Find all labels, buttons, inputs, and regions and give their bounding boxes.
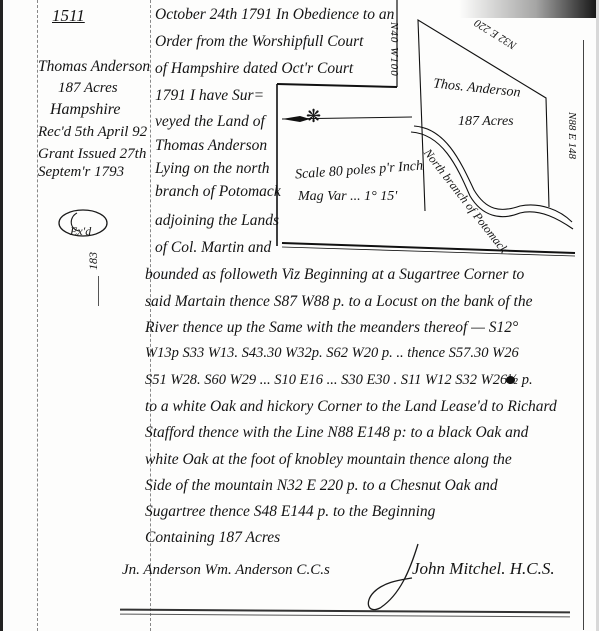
- margin-grant-issued-date: Septem'r 1793: [38, 164, 124, 181]
- plat-variation-label: Mag Var ... 1° 15': [298, 189, 397, 205]
- folio-tick: [98, 276, 99, 306]
- margin-county: Hampshire: [50, 101, 121, 119]
- examined-mark: Ex'd: [70, 224, 91, 239]
- compass-needle-icon: ❋: [306, 106, 321, 127]
- body-line-8: branch of Potomack: [155, 183, 281, 201]
- body-line-16: to a white Oak and hickory Corner to the…: [145, 398, 557, 416]
- ledger-page: 1511 Thomas Anderson 187 Acres Hampshire…: [0, 0, 599, 631]
- scan-corner-shadow: [459, 0, 599, 18]
- body-line-12: said Martain thence S87 W88 p. to a Locu…: [145, 293, 532, 311]
- plat-owner-label: Thos. Anderson: [432, 76, 521, 101]
- body-line-10: of Col. Martin and: [155, 239, 271, 257]
- body-line-9: adjoining the Lands: [155, 212, 279, 230]
- body-line-7: Lying on the north: [155, 160, 270, 178]
- folio-mark: 183: [86, 252, 101, 270]
- body-line-13: River thence up the Same with the meande…: [145, 319, 518, 337]
- page-binding-edge: [0, 0, 3, 631]
- plat-acreage-label: 187 Acres: [458, 114, 514, 130]
- plat-north-line-label: N32 E 220: [472, 16, 518, 51]
- margin-grant-issued: Grant Issued 27th: [38, 146, 146, 163]
- ink-blot: [506, 376, 515, 384]
- surveyor-signature: John Mitchel. H.C.S.: [412, 559, 555, 579]
- plat-river-label: North branch of Potomack: [420, 146, 511, 256]
- body-line-14: W13p S33 W13. S43.30 W32p. S62 W20 p. ..…: [145, 345, 519, 362]
- body-line-19: Side of the mountain N32 E 220 p. to a C…: [145, 477, 498, 495]
- right-margin-rule: [583, 40, 584, 630]
- body-line-5: veyed the Land of: [155, 113, 265, 131]
- margin-received-date: Rec'd 5th April 92: [38, 124, 147, 141]
- chain-carriers: Jn. Anderson Wm. Anderson C.C.s: [122, 562, 330, 579]
- signature-flourish-icon: [360, 540, 430, 615]
- body-line-18: white Oak at the foot of knobley mountai…: [145, 451, 512, 469]
- body-line-15: S51 W28. S60 W29 ... S10 E16 ... S30 E30…: [145, 372, 533, 389]
- plat-scale-label: Scale 80 poles p'r Inch: [295, 159, 424, 184]
- entry-number: 1511: [52, 6, 85, 26]
- plat-west-line-label: N40 W100: [388, 22, 400, 77]
- margin-grantee: Thomas Anderson: [38, 58, 150, 76]
- entry-end-rule: [120, 609, 570, 618]
- plat-east-line-label: N88 E 148: [566, 112, 578, 159]
- margin-rule-outer: [37, 0, 38, 631]
- body-line-3: of Hampshire dated Oct'r Court: [155, 60, 353, 78]
- body-line-20: Sugartree thence S48 E144 p. to the Begi…: [145, 503, 435, 521]
- body-line-17: Stafford thence with the Line N88 E148 p…: [145, 424, 528, 442]
- body-line-1: October 24th 1791 In Obedience to an: [155, 6, 394, 24]
- body-line-4: 1791 I have Sur=: [155, 87, 264, 105]
- body-line-21: Containing 187 Acres: [145, 529, 280, 547]
- margin-acreage: 187 Acres: [58, 80, 118, 97]
- body-line-11: bounded as followeth Viz Beginning at a …: [145, 266, 524, 284]
- body-line-2: Order from the Worshipfull Court: [155, 33, 363, 51]
- body-line-6: Thomas Anderson: [155, 137, 267, 155]
